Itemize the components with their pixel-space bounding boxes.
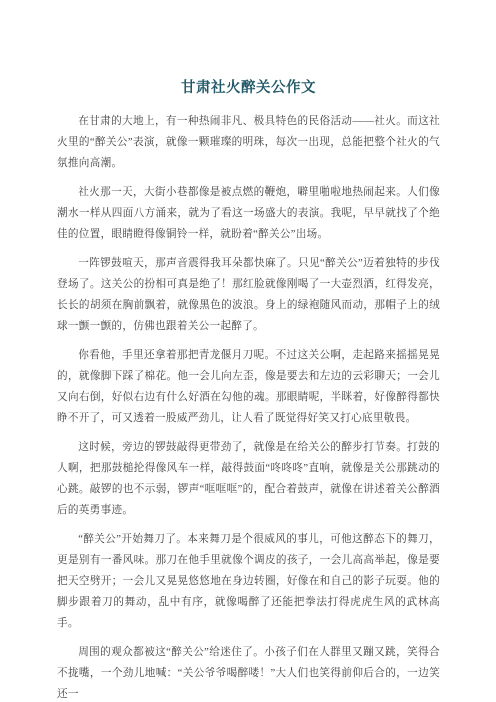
essay-paragraph: 一阵锣鼓喧天，那声音震得我耳朵都快麻了。只见“醉关公”迈着独特的步伐登场了。这关… bbox=[57, 253, 440, 337]
essay-paragraph: 在甘肃的大地上，有一种热闹非凡、极具特色的民俗活动——社火。而这社火里的“醉关公… bbox=[57, 111, 440, 174]
essay-body: 在甘肃的大地上，有一种热闹非凡、极具特色的民俗活动——社火。而这社火里的“醉关公… bbox=[57, 111, 440, 702]
document-page: 甘肃社火醉关公作文 在甘肃的大地上，有一种热闹非凡、极具特色的民俗活动——社火。… bbox=[0, 0, 496, 702]
essay-paragraph: 周围的观众都被这“醉关公”给迷住了。小孩子们在人群里又蹦又跳，笑得合不拢嘴，一个… bbox=[57, 642, 440, 702]
essay-paragraph: 你看他，手里还拿着那把青龙偃月刀呢。不过这关公啊，走起路来摇摇晃晃的，就像脚下踩… bbox=[57, 345, 440, 429]
essay-paragraph: 这时候，旁边的锣鼓敲得更带劲了，就像是在给关公的醉步打节奏。打鼓的人啊，把那鼓槌… bbox=[57, 437, 440, 521]
essay-paragraph: “醉关公”开始舞刀了。本来舞刀是个很威风的事儿，可他这醉态下的舞刀，更是别有一番… bbox=[57, 529, 440, 634]
page-title: 甘肃社火醉关公作文 bbox=[57, 79, 440, 98]
essay-paragraph: 社火那一天，大街小巷都像是被点燃的鞭炮，噼里啪啦地热闹起来。人们像潮水一样从四面… bbox=[57, 182, 440, 245]
